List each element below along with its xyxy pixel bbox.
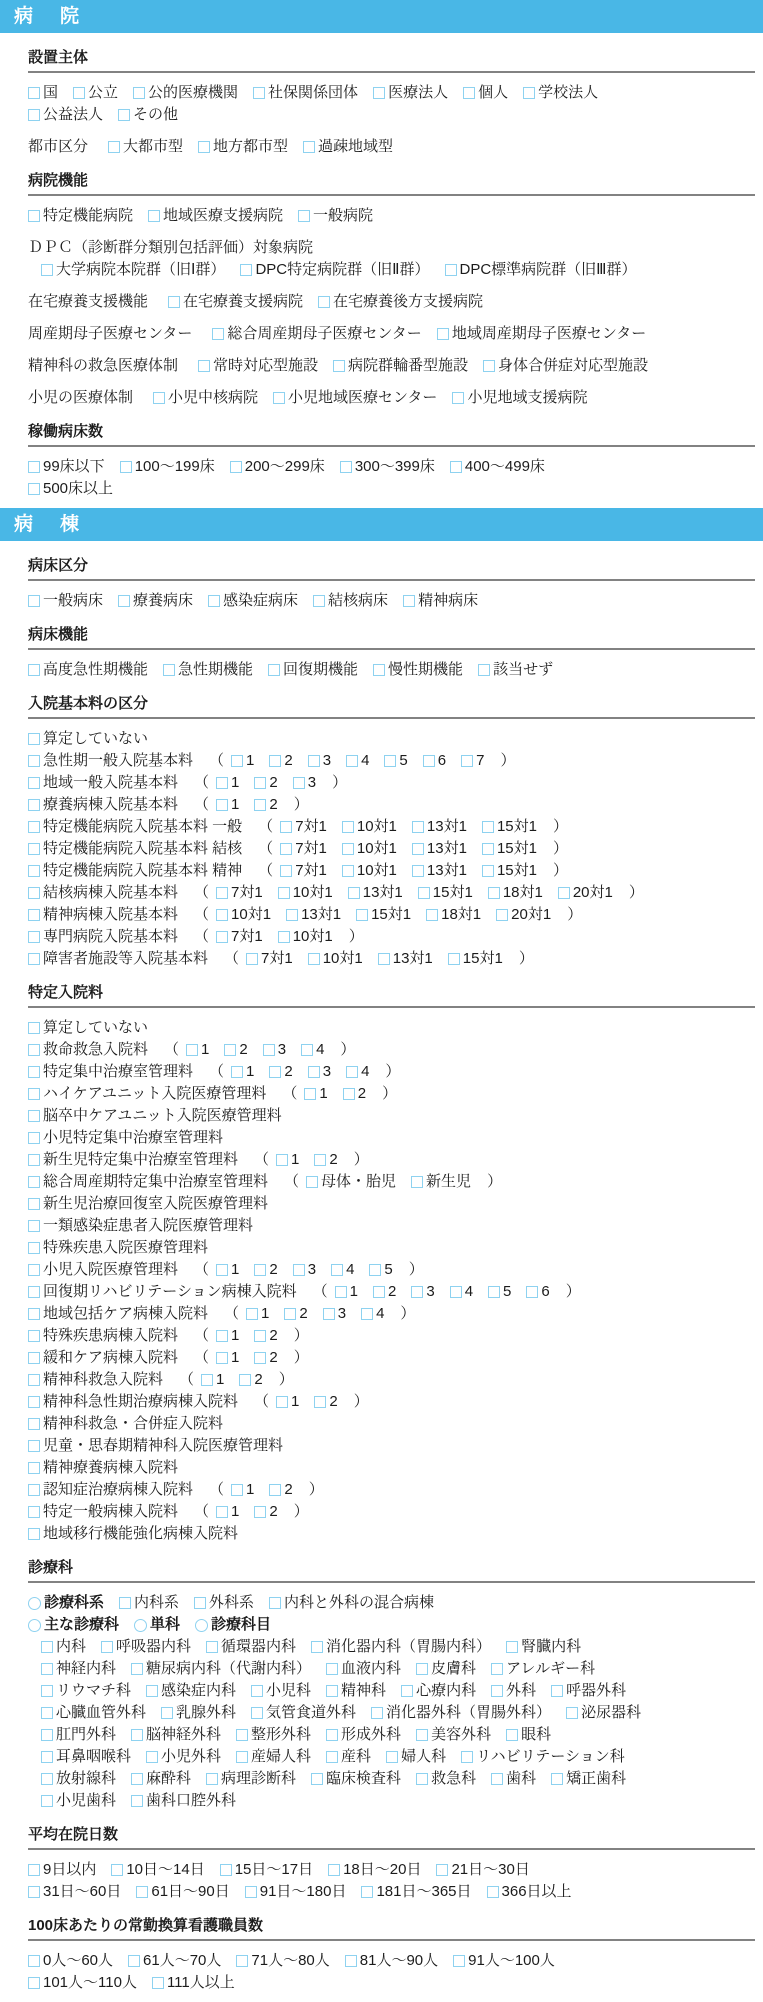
checkbox-option[interactable]: 2: [254, 772, 277, 794]
checkbox-icon[interactable]: [269, 1066, 281, 1078]
checkbox-option[interactable]: 2: [343, 1083, 366, 1105]
checkbox-option[interactable]: 1: [231, 1061, 254, 1083]
checkbox-icon[interactable]: [506, 1729, 518, 1741]
checkbox-icon[interactable]: [373, 664, 385, 676]
checkbox-icon[interactable]: [308, 1066, 320, 1078]
checkbox-option[interactable]: 内科: [41, 1636, 86, 1658]
checkbox-icon[interactable]: [326, 1729, 338, 1741]
checkbox-option[interactable]: 18日～20日: [328, 1859, 421, 1881]
checkbox-option[interactable]: 該当せず: [478, 659, 553, 681]
checkbox-option[interactable]: 5: [384, 750, 407, 772]
checkbox-option[interactable]: 2: [269, 1061, 292, 1083]
checkbox-icon[interactable]: [403, 595, 415, 607]
checkbox-option[interactable]: 救急科: [416, 1768, 476, 1790]
checkbox-option[interactable]: 結核病床: [313, 590, 388, 612]
checkbox-option[interactable]: 7対1: [280, 838, 327, 860]
checkbox-icon[interactable]: [118, 109, 130, 121]
checkbox-option[interactable]: 気管食道外科: [251, 1702, 356, 1724]
checkbox-option[interactable]: 消化器内科（胃腸内科）: [311, 1636, 491, 1658]
checkbox-option[interactable]: 7: [461, 750, 484, 772]
checkbox-icon[interactable]: [483, 360, 495, 372]
checkbox-option[interactable]: 小児中核病院: [153, 387, 258, 409]
checkbox-icon[interactable]: [28, 1066, 40, 1078]
checkbox-option[interactable]: 6: [423, 750, 446, 772]
checkbox-option[interactable]: 21日～30日: [436, 1859, 529, 1881]
checkbox-icon[interactable]: [251, 1707, 263, 1719]
checkbox-icon[interactable]: [41, 1795, 53, 1807]
checkbox-option[interactable]: 病院群輪番型施設: [333, 355, 468, 377]
checkbox-option[interactable]: 15対1: [418, 882, 473, 904]
checkbox-option[interactable]: 15対1: [356, 904, 411, 926]
checkbox-option[interactable]: 13対1: [286, 904, 341, 926]
checkbox-option[interactable]: 1: [231, 750, 254, 772]
checkbox-option[interactable]: 61人～70人: [128, 1950, 221, 1972]
checkbox-icon[interactable]: [41, 264, 53, 276]
checkbox-option[interactable]: 特殊疾患入院医療管理料: [28, 1237, 208, 1259]
checkbox-icon[interactable]: [73, 87, 85, 99]
checkbox-icon[interactable]: [119, 1597, 131, 1609]
checkbox-icon[interactable]: [286, 909, 298, 921]
checkbox-option[interactable]: 特定機能病院入院基本料 一般: [28, 816, 242, 838]
checkbox-option[interactable]: 2: [284, 1303, 307, 1325]
checkbox-option[interactable]: 特殊疾患病棟入院料: [28, 1325, 178, 1347]
checkbox-icon[interactable]: [28, 1330, 40, 1342]
checkbox-icon[interactable]: [216, 931, 228, 943]
checkbox-icon[interactable]: [28, 109, 40, 121]
checkbox-option[interactable]: 精神療養病棟入院料: [28, 1457, 178, 1479]
checkbox-icon[interactable]: [491, 1685, 503, 1697]
checkbox-icon[interactable]: [168, 296, 180, 308]
checkbox-option[interactable]: 急性期機能: [163, 659, 253, 681]
checkbox-icon[interactable]: [496, 909, 508, 921]
checkbox-option[interactable]: 脳卒中ケアユニット入院医療管理料: [28, 1105, 282, 1127]
checkbox-option[interactable]: 児童・思春期精神科入院医療管理料: [28, 1435, 283, 1457]
checkbox-option[interactable]: 回復期リハビリテーション病棟入院料: [28, 1281, 297, 1303]
checkbox-icon[interactable]: [253, 87, 265, 99]
checkbox-icon[interactable]: [254, 1352, 266, 1364]
checkbox-icon[interactable]: [342, 821, 354, 833]
checkbox-icon[interactable]: [239, 1374, 251, 1386]
checkbox-option[interactable]: 精神科救急・合併症入院料: [28, 1413, 223, 1435]
checkbox-icon[interactable]: [131, 1729, 143, 1741]
checkbox-option[interactable]: 366日以上: [487, 1881, 572, 1903]
checkbox-icon[interactable]: [28, 931, 40, 943]
checkbox-option[interactable]: 3: [263, 1039, 286, 1061]
checkbox-option[interactable]: 公的医療機関: [133, 82, 238, 104]
checkbox-option[interactable]: 循環器内科: [206, 1636, 296, 1658]
checkbox-option[interactable]: 総合周産期特定集中治療室管理料: [28, 1171, 268, 1193]
checkbox-icon[interactable]: [280, 865, 292, 877]
checkbox-option[interactable]: 在宅療養後方支援病院: [318, 291, 483, 313]
checkbox-option[interactable]: 15日～17日: [220, 1859, 313, 1881]
checkbox-option[interactable]: 小児地域医療センター: [273, 387, 437, 409]
checkbox-option[interactable]: 10日～14日: [111, 1859, 204, 1881]
checkbox-icon[interactable]: [356, 909, 368, 921]
checkbox-option[interactable]: 13対1: [378, 948, 433, 970]
checkbox-option[interactable]: 1: [201, 1369, 224, 1391]
checkbox-icon[interactable]: [28, 1242, 40, 1254]
checkbox-icon[interactable]: [101, 1641, 113, 1653]
checkbox-icon[interactable]: [120, 461, 132, 473]
checkbox-icon[interactable]: [28, 1286, 40, 1298]
checkbox-option[interactable]: 13対1: [412, 816, 467, 838]
checkbox-icon[interactable]: [491, 1663, 503, 1675]
checkbox-icon[interactable]: [298, 210, 310, 222]
checkbox-option[interactable]: 乳腺外科: [161, 1702, 236, 1724]
checkbox-option[interactable]: 精神科急性期治療病棟入院料: [28, 1391, 238, 1413]
checkbox-option[interactable]: 整形外科: [236, 1724, 311, 1746]
checkbox-icon[interactable]: [216, 909, 228, 921]
checkbox-icon[interactable]: [216, 1264, 228, 1276]
checkbox-icon[interactable]: [28, 953, 40, 965]
checkbox-option[interactable]: 1: [216, 1347, 239, 1369]
checkbox-icon[interactable]: [216, 1352, 228, 1364]
checkbox-option[interactable]: 矯正歯科: [551, 1768, 626, 1790]
checkbox-icon[interactable]: [194, 1597, 206, 1609]
checkbox-option[interactable]: 1: [186, 1039, 209, 1061]
checkbox-option[interactable]: 4: [361, 1303, 384, 1325]
checkbox-option[interactable]: 10対1: [278, 882, 333, 904]
checkbox-option[interactable]: 18対1: [426, 904, 481, 926]
checkbox-option[interactable]: 地域移行機能強化病棟入院料: [28, 1523, 238, 1545]
checkbox-icon[interactable]: [452, 392, 464, 404]
checkbox-icon[interactable]: [246, 1308, 258, 1320]
checkbox-option[interactable]: 20対1: [496, 904, 551, 926]
checkbox-icon[interactable]: [245, 1886, 257, 1898]
checkbox-option[interactable]: 1: [276, 1149, 299, 1171]
checkbox-icon[interactable]: [269, 1597, 281, 1609]
checkbox-option[interactable]: 2: [254, 1501, 277, 1523]
checkbox-icon[interactable]: [371, 1707, 383, 1719]
checkbox-icon[interactable]: [301, 1044, 313, 1056]
checkbox-option[interactable]: 緩和ケア病棟入院料: [28, 1347, 178, 1369]
checkbox-option[interactable]: 小児科: [251, 1680, 311, 1702]
checkbox-icon[interactable]: [423, 755, 435, 767]
checkbox-option[interactable]: 在宅療養支援病院: [168, 291, 303, 313]
checkbox-option[interactable]: 10対1: [216, 904, 271, 926]
checkbox-icon[interactable]: [28, 821, 40, 833]
radio-option[interactable]: 主な診療科: [28, 1614, 119, 1636]
checkbox-icon[interactable]: [461, 755, 473, 767]
checkbox-icon[interactable]: [263, 1044, 275, 1056]
checkbox-option[interactable]: 脳神経外科: [131, 1724, 221, 1746]
checkbox-option[interactable]: リハビリテーション科: [461, 1746, 625, 1768]
checkbox-icon[interactable]: [326, 1685, 338, 1697]
checkbox-option[interactable]: 国: [28, 82, 58, 104]
checkbox-icon[interactable]: [28, 1506, 40, 1518]
checkbox-icon[interactable]: [523, 87, 535, 99]
checkbox-icon[interactable]: [28, 865, 40, 877]
checkbox-icon[interactable]: [304, 1088, 316, 1100]
checkbox-option[interactable]: 4: [450, 1281, 473, 1303]
checkbox-icon[interactable]: [28, 1220, 40, 1232]
checkbox-option[interactable]: 2: [314, 1391, 337, 1413]
checkbox-icon[interactable]: [212, 328, 224, 340]
checkbox-icon[interactable]: [280, 821, 292, 833]
checkbox-option[interactable]: 呼器外科: [551, 1680, 626, 1702]
checkbox-icon[interactable]: [231, 1484, 243, 1496]
checkbox-icon[interactable]: [384, 755, 396, 767]
checkbox-icon[interactable]: [551, 1685, 563, 1697]
checkbox-icon[interactable]: [28, 1462, 40, 1474]
checkbox-option[interactable]: 18対1: [488, 882, 543, 904]
checkbox-icon[interactable]: [236, 1729, 248, 1741]
checkbox-icon[interactable]: [28, 1484, 40, 1496]
checkbox-icon[interactable]: [128, 1955, 140, 1967]
checkbox-option[interactable]: 結核病棟入院基本料: [28, 882, 178, 904]
checkbox-option[interactable]: 過疎地域型: [303, 136, 393, 158]
checkbox-icon[interactable]: [436, 1864, 448, 1876]
checkbox-icon[interactable]: [28, 1264, 40, 1276]
checkbox-option[interactable]: 歯科: [491, 1768, 536, 1790]
checkbox-icon[interactable]: [566, 1707, 578, 1719]
checkbox-icon[interactable]: [326, 1751, 338, 1763]
checkbox-icon[interactable]: [28, 843, 40, 855]
checkbox-option[interactable]: 小児歯科: [41, 1790, 116, 1812]
checkbox-icon[interactable]: [487, 1886, 499, 1898]
checkbox-option[interactable]: 181日～365日: [361, 1881, 471, 1903]
checkbox-option[interactable]: 回復期機能: [268, 659, 358, 681]
checkbox-option[interactable]: 91日～180日: [245, 1881, 347, 1903]
radio-icon[interactable]: [134, 1619, 147, 1632]
checkbox-icon[interactable]: [198, 360, 210, 372]
checkbox-icon[interactable]: [28, 755, 40, 767]
checkbox-option[interactable]: 4: [346, 1061, 369, 1083]
checkbox-icon[interactable]: [28, 1110, 40, 1122]
checkbox-icon[interactable]: [28, 777, 40, 789]
checkbox-option[interactable]: 5: [369, 1259, 392, 1281]
checkbox-option[interactable]: 認知症治療病棟入院料: [28, 1479, 193, 1501]
checkbox-icon[interactable]: [251, 1685, 263, 1697]
checkbox-option[interactable]: 小児特定集中治療室管理料: [28, 1127, 223, 1149]
checkbox-option[interactable]: 高度急性期機能: [28, 659, 148, 681]
checkbox-option[interactable]: 3: [308, 1061, 331, 1083]
checkbox-icon[interactable]: [28, 909, 40, 921]
checkbox-icon[interactable]: [28, 595, 40, 607]
radio-option[interactable]: 単科: [134, 1614, 180, 1636]
checkbox-icon[interactable]: [411, 1176, 423, 1188]
checkbox-icon[interactable]: [186, 1044, 198, 1056]
checkbox-option[interactable]: 15対1: [482, 816, 537, 838]
checkbox-option[interactable]: 放射線科: [41, 1768, 116, 1790]
checkbox-icon[interactable]: [148, 210, 160, 222]
checkbox-icon[interactable]: [369, 1264, 381, 1276]
checkbox-option[interactable]: 美容外科: [416, 1724, 491, 1746]
checkbox-option[interactable]: DPC特定病院群（旧Ⅱ群）: [240, 259, 429, 281]
checkbox-option[interactable]: 7対1: [280, 860, 327, 882]
checkbox-option[interactable]: 心臓血管外科: [41, 1702, 146, 1724]
checkbox-option[interactable]: 3: [293, 1259, 316, 1281]
checkbox-option[interactable]: 2: [254, 794, 277, 816]
checkbox-icon[interactable]: [318, 296, 330, 308]
checkbox-option[interactable]: 1: [216, 1501, 239, 1523]
checkbox-icon[interactable]: [478, 664, 490, 676]
checkbox-icon[interactable]: [28, 483, 40, 495]
checkbox-icon[interactable]: [342, 843, 354, 855]
checkbox-option[interactable]: 15対1: [448, 948, 503, 970]
checkbox-option[interactable]: 救命救急入院料: [28, 1039, 148, 1061]
checkbox-option[interactable]: 200～299床: [230, 456, 325, 478]
checkbox-icon[interactable]: [118, 595, 130, 607]
checkbox-icon[interactable]: [201, 1374, 213, 1386]
checkbox-option[interactable]: 7対1: [246, 948, 293, 970]
checkbox-option[interactable]: 400～499床: [450, 456, 545, 478]
checkbox-icon[interactable]: [280, 843, 292, 855]
checkbox-icon[interactable]: [278, 931, 290, 943]
checkbox-option[interactable]: 麻酔科: [131, 1768, 191, 1790]
checkbox-option[interactable]: 大都市型: [108, 136, 183, 158]
checkbox-icon[interactable]: [416, 1663, 428, 1675]
checkbox-icon[interactable]: [216, 1506, 228, 1518]
checkbox-option[interactable]: 糖尿病内科（代謝内科）: [131, 1658, 311, 1680]
checkbox-option[interactable]: 10対1: [342, 860, 397, 882]
checkbox-option[interactable]: 障害者施設等入院基本料: [28, 948, 208, 970]
checkbox-option[interactable]: 消化器外科（胃腸外科）: [371, 1702, 551, 1724]
checkbox-icon[interactable]: [153, 392, 165, 404]
checkbox-icon[interactable]: [41, 1773, 53, 1785]
checkbox-icon[interactable]: [41, 1685, 53, 1697]
checkbox-option[interactable]: 一般病床: [28, 590, 103, 612]
checkbox-icon[interactable]: [254, 1330, 266, 1342]
checkbox-option[interactable]: 101人～110人: [28, 1972, 137, 1994]
checkbox-icon[interactable]: [331, 1264, 343, 1276]
checkbox-option[interactable]: 6: [526, 1281, 549, 1303]
checkbox-option[interactable]: 1: [216, 1259, 239, 1281]
checkbox-icon[interactable]: [161, 1707, 173, 1719]
checkbox-option[interactable]: 7対1: [216, 926, 263, 948]
checkbox-option[interactable]: 10対1: [342, 838, 397, 860]
checkbox-option[interactable]: 20対1: [558, 882, 613, 904]
checkbox-option[interactable]: 外科系: [194, 1592, 254, 1614]
checkbox-icon[interactable]: [401, 1685, 413, 1697]
checkbox-option[interactable]: 1: [304, 1083, 327, 1105]
checkbox-option[interactable]: 小児入院医療管理料: [28, 1259, 178, 1281]
checkbox-icon[interactable]: [152, 1977, 164, 1989]
checkbox-icon[interactable]: [131, 1773, 143, 1785]
checkbox-icon[interactable]: [230, 461, 242, 473]
checkbox-icon[interactable]: [236, 1955, 248, 1967]
checkbox-icon[interactable]: [445, 264, 457, 276]
checkbox-icon[interactable]: [111, 1864, 123, 1876]
checkbox-icon[interactable]: [482, 821, 494, 833]
checkbox-icon[interactable]: [41, 1663, 53, 1675]
checkbox-option[interactable]: 専門病院入院基本料: [28, 926, 178, 948]
checkbox-icon[interactable]: [343, 1088, 355, 1100]
checkbox-icon[interactable]: [246, 953, 258, 965]
checkbox-icon[interactable]: [284, 1308, 296, 1320]
checkbox-icon[interactable]: [254, 799, 266, 811]
checkbox-option[interactable]: 心療内科: [401, 1680, 476, 1702]
checkbox-icon[interactable]: [323, 1308, 335, 1320]
checkbox-icon[interactable]: [28, 1418, 40, 1430]
checkbox-option[interactable]: 2: [224, 1039, 247, 1061]
radio-icon[interactable]: [28, 1597, 41, 1610]
checkbox-icon[interactable]: [314, 1396, 326, 1408]
checkbox-option[interactable]: 2: [314, 1149, 337, 1171]
checkbox-option[interactable]: 地域周産期母子医療センター: [437, 323, 646, 345]
checkbox-option[interactable]: 1: [335, 1281, 358, 1303]
checkbox-icon[interactable]: [453, 1955, 465, 1967]
checkbox-icon[interactable]: [311, 1773, 323, 1785]
checkbox-icon[interactable]: [333, 360, 345, 372]
checkbox-option[interactable]: 内科と外科の混合病棟: [269, 1592, 434, 1614]
checkbox-icon[interactable]: [254, 1506, 266, 1518]
checkbox-icon[interactable]: [28, 1886, 40, 1898]
checkbox-option[interactable]: 一般病院: [298, 205, 373, 227]
checkbox-icon[interactable]: [311, 1641, 323, 1653]
checkbox-option[interactable]: 91人～100人: [453, 1950, 555, 1972]
checkbox-icon[interactable]: [346, 755, 358, 767]
radio-icon[interactable]: [28, 1619, 41, 1632]
checkbox-icon[interactable]: [488, 887, 500, 899]
checkbox-icon[interactable]: [231, 1066, 243, 1078]
checkbox-icon[interactable]: [146, 1685, 158, 1697]
checkbox-icon[interactable]: [28, 1088, 40, 1100]
checkbox-icon[interactable]: [482, 865, 494, 877]
checkbox-option[interactable]: 13対1: [412, 860, 467, 882]
checkbox-icon[interactable]: [278, 887, 290, 899]
checkbox-icon[interactable]: [198, 141, 210, 153]
checkbox-option[interactable]: 1: [231, 1479, 254, 1501]
checkbox-option[interactable]: 常時対応型施設: [198, 355, 318, 377]
checkbox-option[interactable]: 泌尿器科: [566, 1702, 641, 1724]
checkbox-icon[interactable]: [342, 865, 354, 877]
checkbox-option[interactable]: 地域一般入院基本料: [28, 772, 178, 794]
checkbox-icon[interactable]: [491, 1773, 503, 1785]
checkbox-option[interactable]: 個人: [463, 82, 508, 104]
checkbox-option[interactable]: 公立: [73, 82, 118, 104]
checkbox-icon[interactable]: [268, 664, 280, 676]
checkbox-option[interactable]: 慢性期機能: [373, 659, 463, 681]
checkbox-icon[interactable]: [340, 461, 352, 473]
checkbox-icon[interactable]: [416, 1773, 428, 1785]
checkbox-option[interactable]: 13対1: [348, 882, 403, 904]
checkbox-option[interactable]: 2: [373, 1281, 396, 1303]
checkbox-option[interactable]: 産婦人科: [236, 1746, 311, 1768]
checkbox-option[interactable]: 7対1: [216, 882, 263, 904]
checkbox-option[interactable]: 特定一般病棟入院料: [28, 1501, 178, 1523]
checkbox-icon[interactable]: [131, 1795, 143, 1807]
checkbox-icon[interactable]: [41, 1729, 53, 1741]
checkbox-option[interactable]: 13対1: [412, 838, 467, 860]
checkbox-option[interactable]: 9日以内: [28, 1859, 96, 1881]
checkbox-icon[interactable]: [450, 461, 462, 473]
checkbox-icon[interactable]: [293, 777, 305, 789]
checkbox-icon[interactable]: [308, 953, 320, 965]
checkbox-option[interactable]: 呼吸器内科: [101, 1636, 191, 1658]
checkbox-icon[interactable]: [28, 1440, 40, 1452]
checkbox-icon[interactable]: [28, 87, 40, 99]
checkbox-icon[interactable]: [426, 909, 438, 921]
checkbox-option[interactable]: 病理診断科: [206, 1768, 296, 1790]
checkbox-option[interactable]: 感染症病床: [208, 590, 298, 612]
checkbox-option[interactable]: 内科系: [119, 1592, 179, 1614]
checkbox-icon[interactable]: [461, 1751, 473, 1763]
checkbox-icon[interactable]: [231, 755, 243, 767]
checkbox-icon[interactable]: [306, 1176, 318, 1188]
checkbox-option[interactable]: 精神病床: [403, 590, 478, 612]
checkbox-icon[interactable]: [450, 1286, 462, 1298]
checkbox-option[interactable]: ハイケアユニット入院医療管理料: [28, 1083, 266, 1105]
checkbox-icon[interactable]: [412, 865, 424, 877]
checkbox-option[interactable]: 身体合併症対応型施設: [483, 355, 648, 377]
checkbox-icon[interactable]: [313, 595, 325, 607]
checkbox-option[interactable]: 一類感染症患者入院医療管理料: [28, 1215, 253, 1237]
checkbox-icon[interactable]: [276, 1154, 288, 1166]
checkbox-icon[interactable]: [254, 777, 266, 789]
checkbox-option[interactable]: 社保関係団体: [253, 82, 358, 104]
checkbox-option[interactable]: 腎臓内科: [506, 1636, 581, 1658]
